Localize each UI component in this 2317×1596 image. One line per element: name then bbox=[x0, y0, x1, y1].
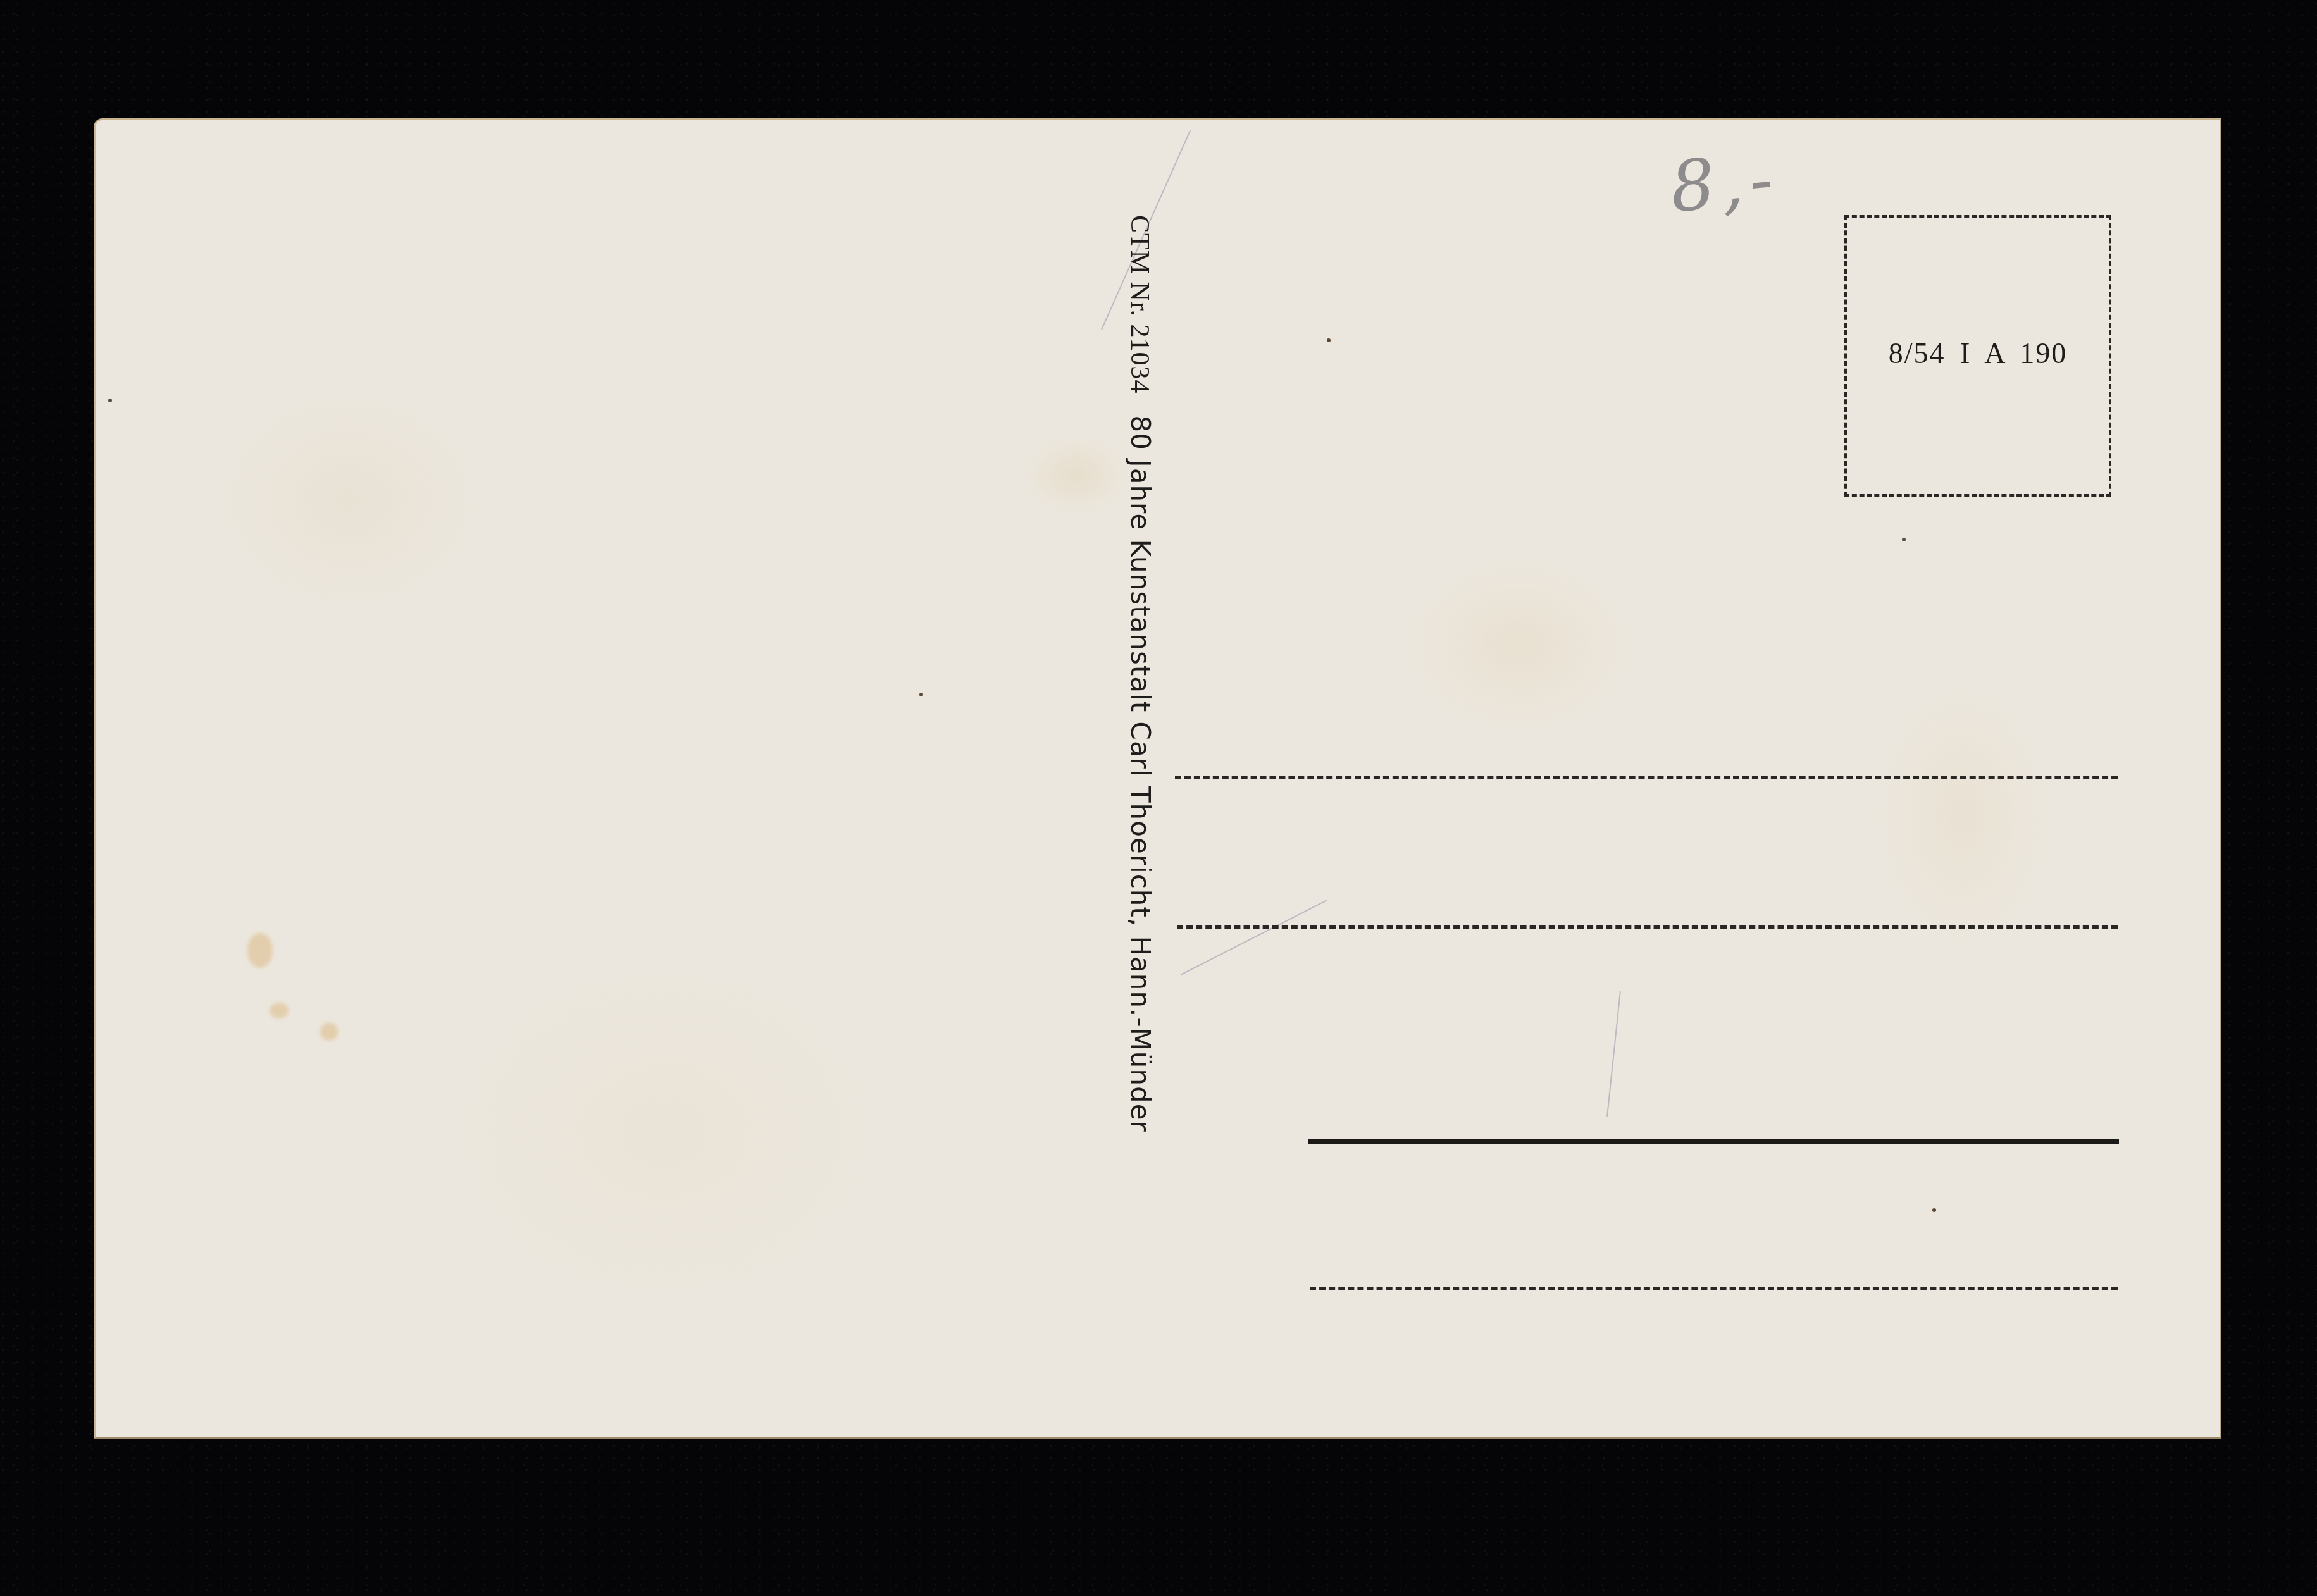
publisher-imprint: CTM Nr. 2103480 Jahre Kunstanstalt Carl … bbox=[1124, 215, 1156, 1354]
speck bbox=[1327, 338, 1331, 342]
card-number: CTM Nr. 21034 bbox=[1125, 215, 1154, 394]
scratch-mark bbox=[1181, 900, 1328, 975]
address-line-3 bbox=[1308, 1139, 2119, 1144]
stamp-box: 8/54 I A 190 bbox=[1844, 215, 2111, 497]
address-line-2 bbox=[1177, 925, 2118, 929]
speck bbox=[108, 399, 112, 402]
scratch-mark bbox=[1606, 991, 1621, 1117]
address-line-1 bbox=[1175, 776, 2118, 779]
handwritten-price: 8,- bbox=[1667, 138, 1783, 228]
print-code: 8/54 I A 190 bbox=[1847, 337, 2109, 370]
speck bbox=[1902, 538, 1906, 541]
foxing-stain bbox=[247, 933, 273, 968]
foxing-stain bbox=[320, 1023, 338, 1041]
publisher-name: 80 Jahre Kunstanstalt Carl Thoericht, Ha… bbox=[1125, 416, 1156, 1132]
speck bbox=[1932, 1208, 1936, 1212]
address-line-4 bbox=[1310, 1287, 2118, 1290]
speck bbox=[919, 693, 923, 696]
foxing-stain bbox=[270, 1003, 289, 1018]
